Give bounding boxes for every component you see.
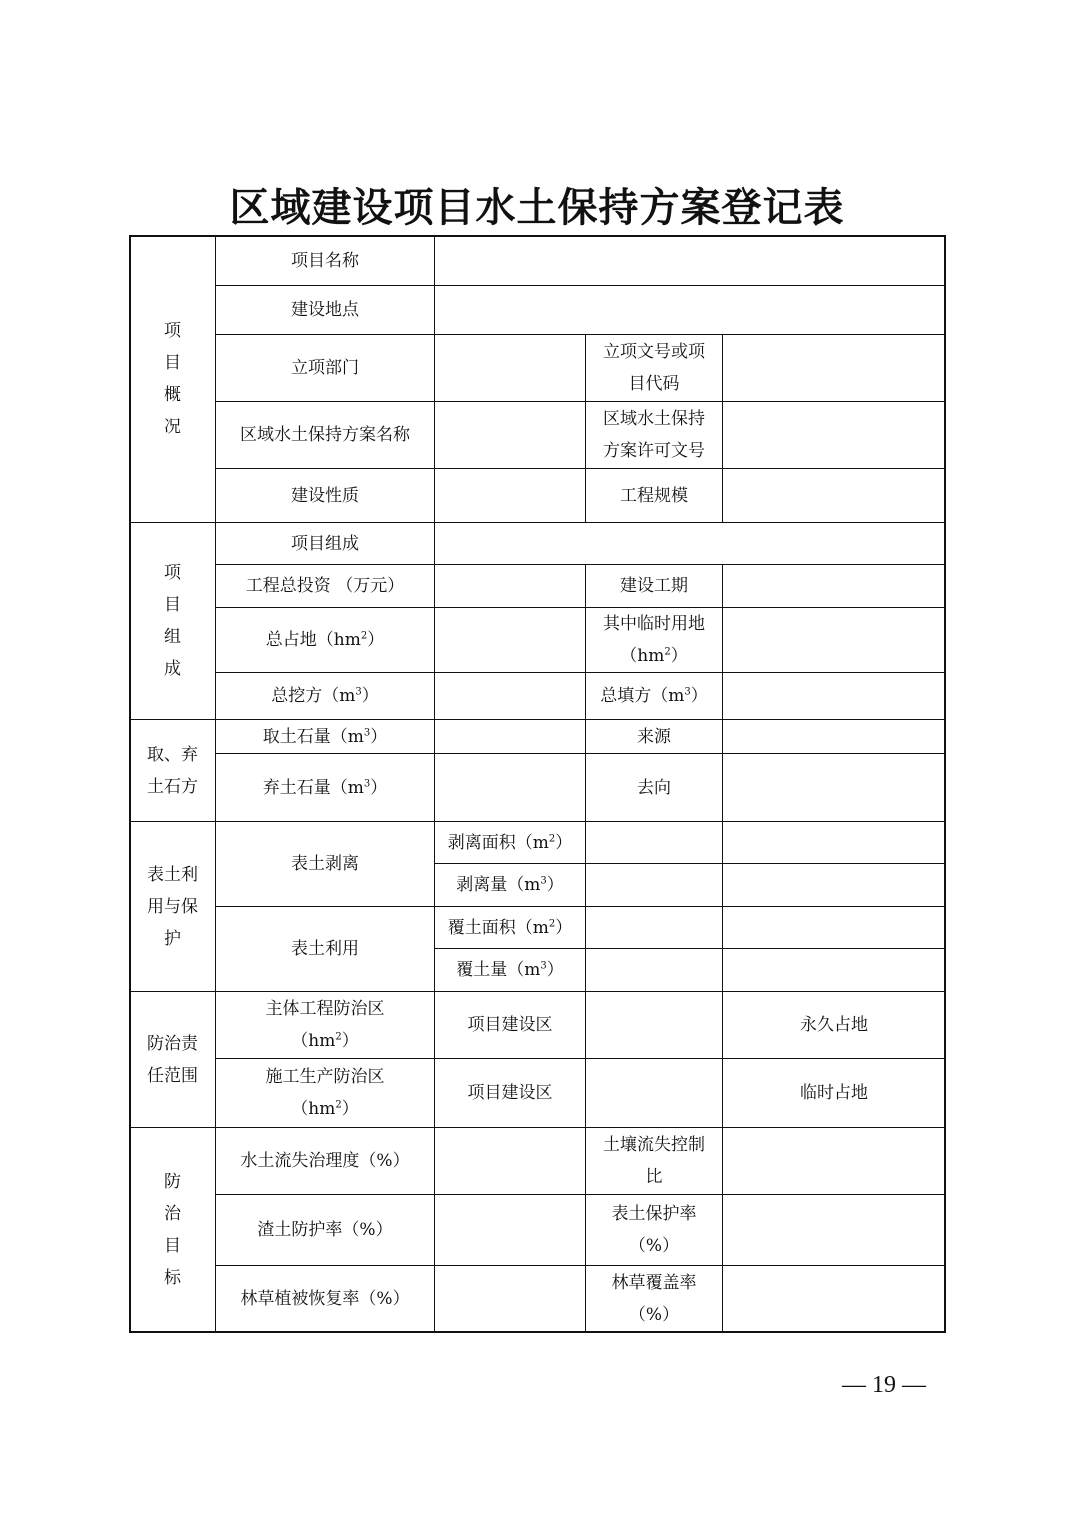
label-approval-no: 立项文号或项目代码 <box>585 334 723 402</box>
field-project-name[interactable] <box>434 235 946 286</box>
field-composition[interactable] <box>434 522 946 565</box>
field-vegetation-coverage[interactable] <box>722 1265 946 1333</box>
field-total-land[interactable] <box>434 607 586 673</box>
label-temp-land: 其中临时用地（hm2） <box>585 607 723 673</box>
field-period[interactable] <box>722 564 946 608</box>
label-temporary: 临时占地 <box>722 1058 946 1128</box>
label-location: 建设地点 <box>215 285 435 335</box>
label-permanent: 永久占地 <box>722 991 946 1059</box>
label-scale: 工程规模 <box>585 468 723 523</box>
field-construction-area[interactable] <box>585 1058 723 1128</box>
label-plan-name: 区域水土保持方案名称 <box>215 401 435 469</box>
field-main-area[interactable] <box>585 991 723 1059</box>
page-number: — 19 — <box>842 1372 926 1399</box>
label-topsoil-use: 表土利用 <box>215 906 435 992</box>
label-approval-dept: 立项部门 <box>215 334 435 402</box>
field-strip-volume[interactable] <box>585 863 723 907</box>
field-borrow[interactable] <box>434 719 586 754</box>
label-project-name: 项目名称 <box>215 235 435 286</box>
field-soil-loss-ratio[interactable] <box>722 1127 946 1195</box>
section-label-targets: 防 治 目 标 <box>129 1127 216 1333</box>
label-main-area: 项目建设区 <box>434 991 586 1059</box>
field-source[interactable] <box>722 719 946 754</box>
label-stripping: 表土剥离 <box>215 821 435 907</box>
label-soil-loss-ratio: 土壤流失控制比 <box>585 1127 723 1195</box>
label-borrow: 取土石量（m3） <box>215 719 435 754</box>
field-cover-area[interactable] <box>585 906 723 949</box>
field-cover-area-extra[interactable] <box>722 906 946 949</box>
label-construction-area: 项目建设区 <box>434 1058 586 1128</box>
label-vegetation-recovery: 林草植被恢复率（%） <box>215 1265 435 1333</box>
field-plan-name[interactable] <box>434 401 586 469</box>
field-approval-dept[interactable] <box>434 334 586 402</box>
field-approval-no[interactable] <box>722 334 946 402</box>
field-fill[interactable] <box>722 672 946 720</box>
section-label-responsibility: 防治责 任范围 <box>129 991 216 1128</box>
label-construction-zone: 施工生产防治区（hm2） <box>215 1058 435 1128</box>
field-erosion-control[interactable] <box>434 1127 586 1195</box>
label-topsoil-protection: 表土保护率（%） <box>585 1194 723 1266</box>
label-total-land: 总占地（hm2） <box>215 607 435 673</box>
label-composition: 项目组成 <box>215 522 435 565</box>
field-strip-area-extra[interactable] <box>722 821 946 864</box>
label-erosion-control: 水土流失治理度（%） <box>215 1127 435 1195</box>
label-spoil: 弃土石量（m3） <box>215 753 435 822</box>
label-fill: 总填方（m3） <box>585 672 723 720</box>
label-source: 来源 <box>585 719 723 754</box>
field-cover-volume-extra[interactable] <box>722 948 946 992</box>
field-topsoil-protection[interactable] <box>722 1194 946 1266</box>
label-period: 建设工期 <box>585 564 723 608</box>
field-cover-volume[interactable] <box>585 948 723 992</box>
label-cover-volume: 覆土量（m3） <box>434 948 586 992</box>
field-nature[interactable] <box>434 468 586 523</box>
field-vegetation-recovery[interactable] <box>434 1265 586 1333</box>
section-label-borrow-spoil: 取、弃 土石方 <box>129 719 216 822</box>
section-label-topsoil: 表土利 用与保 护 <box>129 821 216 992</box>
field-spoil[interactable] <box>434 753 586 822</box>
page-title: 区域建设项目水土保持方案登记表 <box>0 182 1074 234</box>
field-destination[interactable] <box>722 753 946 822</box>
field-scale[interactable] <box>722 468 946 523</box>
label-slag-protection: 渣土防护率（%） <box>215 1194 435 1266</box>
label-strip-volume: 剥离量（m3） <box>434 863 586 907</box>
label-cover-area: 覆土面积（m2） <box>434 906 586 949</box>
section-label-composition: 项 目 组 成 <box>129 522 216 720</box>
label-main-zone: 主体工程防治区（hm2） <box>215 991 435 1059</box>
field-excavation[interactable] <box>434 672 586 720</box>
label-strip-area: 剥离面积（m2） <box>434 821 586 864</box>
field-slag-protection[interactable] <box>434 1194 586 1266</box>
field-strip-area[interactable] <box>585 821 723 864</box>
field-location[interactable] <box>434 285 946 335</box>
label-plan-permit: 区域水土保持方案许可文号 <box>585 401 723 469</box>
label-investment: 工程总投资 （万元） <box>215 564 435 608</box>
label-destination: 去向 <box>585 753 723 822</box>
label-excavation: 总挖方（m3） <box>215 672 435 720</box>
field-plan-permit[interactable] <box>722 401 946 469</box>
section-label-overview: 项 目 概 况 <box>129 235 216 523</box>
field-strip-volume-extra[interactable] <box>722 863 946 907</box>
label-vegetation-coverage: 林草覆盖率（%） <box>585 1265 723 1333</box>
label-nature: 建设性质 <box>215 468 435 523</box>
field-investment[interactable] <box>434 564 586 608</box>
field-temp-land[interactable] <box>722 607 946 673</box>
